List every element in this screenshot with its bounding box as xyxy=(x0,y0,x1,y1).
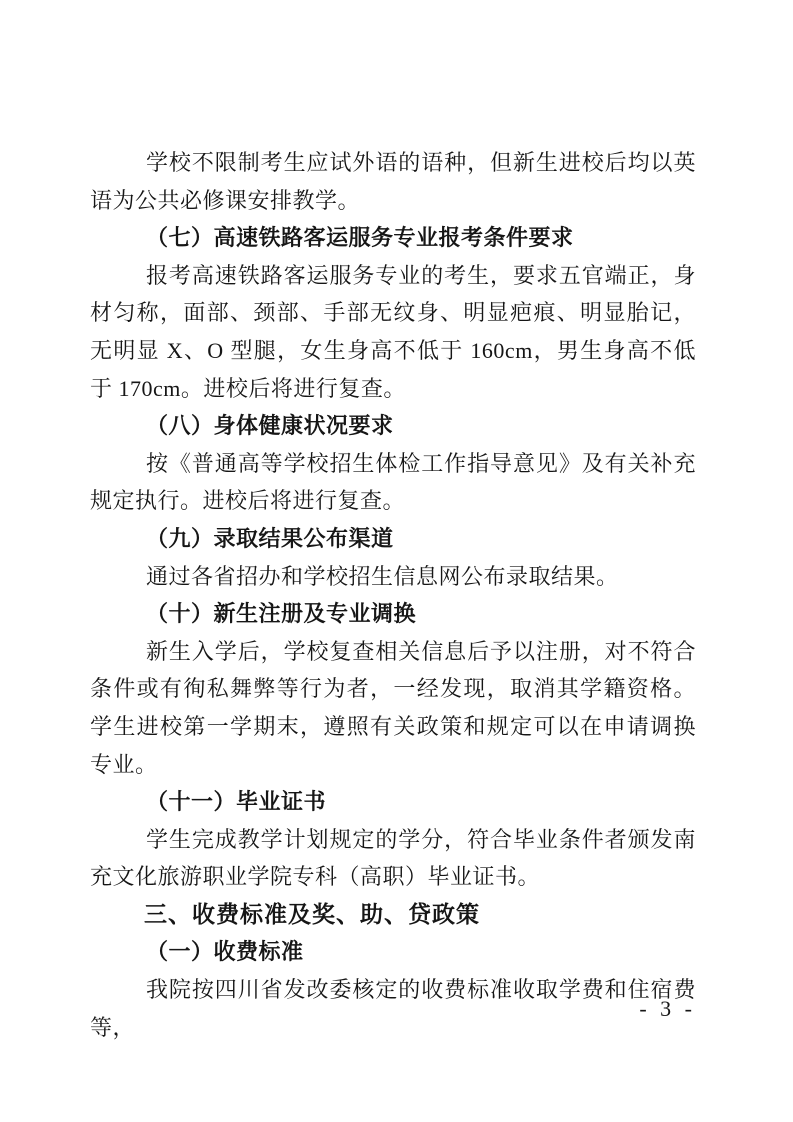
subsection-heading: （十）新生注册及专业调换 xyxy=(90,595,696,633)
paragraph: 通过各省招办和学校招生信息网公布录取结果。 xyxy=(90,558,696,596)
page-footer: - 3 - xyxy=(90,996,696,1022)
paragraph: 学校不限制考生应试外语的语种，但新生进校后均以英语为公共必修课安排教学。 xyxy=(90,144,696,219)
paragraph: 新生入学后，学校复查相关信息后予以注册，对不符合条件或有徇私舞弊等行为者，一经发… xyxy=(90,633,696,783)
paragraph: 学生完成教学计划规定的学分，符合毕业条件者颁发南充文化旅游职业学院专科（高职）毕… xyxy=(90,821,696,896)
document-body: 学校不限制考生应试外语的语种，但新生进校后均以英语为公共必修课安排教学。（七）高… xyxy=(90,144,696,1046)
section-heading: 三、收费标准及奖、助、贷政策 xyxy=(90,896,696,934)
page-number: - 3 - xyxy=(639,996,696,1021)
subsection-heading: （七）高速铁路客运服务专业报考条件要求 xyxy=(90,219,696,257)
paragraph: 按《普通高等学校招生体检工作指导意见》及有关补充规定执行。进校后将进行复查。 xyxy=(90,445,696,520)
subsection-heading: （十一）毕业证书 xyxy=(90,783,696,821)
subsection-heading: （八）身体健康状况要求 xyxy=(90,407,696,445)
subsection-heading: （一）收费标准 xyxy=(90,933,696,971)
paragraph: 报考高速铁路客运服务专业的考生，要求五官端正，身材匀称，面部、颈部、手部无纹身、… xyxy=(90,257,696,407)
subsection-heading: （九）录取结果公布渠道 xyxy=(90,520,696,558)
document-page: 学校不限制考生应试外语的语种，但新生进校后均以英语为公共必修课安排教学。（七）高… xyxy=(0,0,793,1122)
